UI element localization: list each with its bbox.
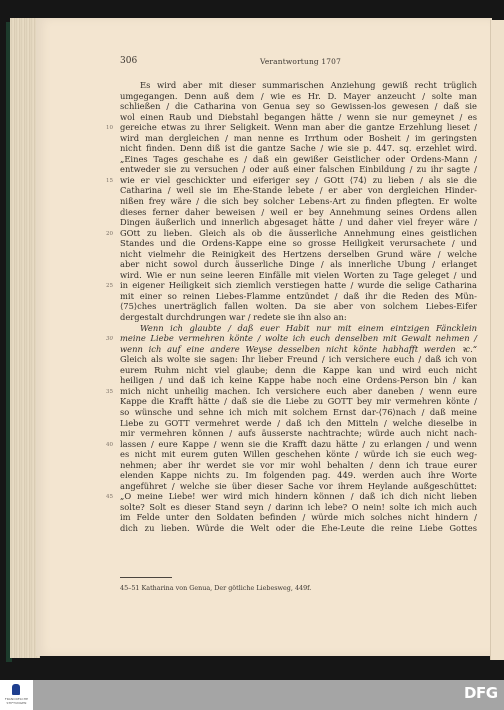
line-text: Catharina / weil sie im Ehe-Stande lebet…	[120, 185, 477, 195]
line-text: wol einen Raub und Diebstahl begangen hä…	[120, 112, 477, 122]
line-text: lassen / eure Kappe / wenn sie die Kraff…	[120, 439, 477, 449]
text-line: Wenn ich glaubte / daß euer Habit nur mi…	[120, 323, 477, 334]
text-line: wird man dergleichen / man nenne es Irrt…	[120, 133, 477, 144]
text-line: Kappe die Krafft hätte / daß sie die Lie…	[120, 396, 477, 407]
line-text: schließen / die Catharina von Genua sey …	[120, 101, 477, 111]
line-text: Dingen äußerlich und innerlich abgesaget…	[120, 217, 477, 227]
text-line: mit einer so reinen Liebes-Flamme entzün…	[120, 291, 477, 302]
text-line: wird. Wie er nun seine leeren Einfälle m…	[120, 270, 477, 281]
line-text: aber nicht sowol durch äusserliche Dinge…	[120, 259, 477, 269]
line-number: 20	[106, 229, 113, 240]
viewer-footer-bar	[0, 680, 504, 710]
text-line: heiligen / und daß ich keine Kappe habe …	[120, 375, 477, 386]
line-text: mir vermehren können / aufs äusserste na…	[120, 428, 477, 438]
line-text: GOtt zu lieben. Gleich als ob die äusser…	[120, 228, 477, 238]
line-text: gereiche etwas zu ihrer Seligkeit. Wenn …	[120, 122, 477, 132]
text-line: lassen / eure Kappe / wenn sie die Kraff…	[120, 439, 477, 450]
text-line: Gleich als wolte sie sagen: Ihr lieber F…	[120, 354, 477, 365]
text-line: eurem Ruhm nicht viel glaube; denn die K…	[120, 365, 477, 376]
text-line: „O meine Liebe! wer wird mich hindern kö…	[120, 491, 477, 502]
text-line: elenden Kappe nichts zu. Im folgenden pa…	[120, 470, 477, 481]
line-text: Liebe zu GOTT vermehret werde / daß ich …	[120, 418, 477, 428]
line-text: Standes und die Ordens-Kappe eine so gro…	[120, 238, 477, 248]
line-text: nicht vielmehr die Reinigkeit des Hertze…	[120, 249, 477, 259]
line-text: meine Liebe vermehren könte / wolte ich …	[120, 333, 477, 343]
line-text: elenden Kappe nichts zu. Im folgenden pa…	[120, 470, 477, 480]
line-text: Wenn ich glaubte / daß euer Habit nur mi…	[140, 323, 477, 333]
text-line: Dingen äußerlich und innerlich abgesaget…	[120, 217, 477, 228]
line-text: nehmen; aber ihr werdet sie vor mir wohl…	[120, 460, 477, 470]
line-text: umgegangen. Denn auß dem / wie es Hr. D.…	[120, 91, 477, 101]
logo-figure-icon	[12, 684, 20, 695]
text-line: Es wird aber mit dieser summarischen Anz…	[120, 80, 477, 91]
text-line: mir vermehren können / aufs äusserste na…	[120, 428, 477, 439]
line-text: mich nicht unheilig machen. Ich versiche…	[120, 386, 477, 396]
text-line: wol einen Raub und Diebstahl begangen hä…	[120, 112, 477, 123]
line-text: ⟨75⟩ches unerträglich fallen wolten. Da …	[120, 301, 477, 311]
text-line: dergestalt durchdrungen war / redete sie…	[120, 312, 477, 323]
text-line: „Eines Tages geschahe es / daß ein gewiß…	[120, 154, 477, 165]
text-line: gereiche etwas zu ihrer Seligkeit. Wenn …	[120, 122, 477, 133]
text-line: meine Liebe vermehren könte / wolte ich …	[120, 333, 477, 344]
text-line: entweder sie zu versuchen / oder auß ein…	[120, 164, 477, 175]
line-text: Gleich als wolte sie sagen: Ihr lieber F…	[120, 354, 477, 364]
line-text: nicht finden. Denn diß ist die gantze Sa…	[120, 143, 477, 153]
text-line: umgegangen. Denn auß dem / wie es Hr. D.…	[120, 91, 477, 102]
page-number: 306	[120, 56, 137, 66]
line-text: dergestalt durchdrungen war / redete sie…	[120, 312, 347, 322]
line-text: im Felde unter den Soldaten befinden / w…	[120, 512, 477, 522]
line-text: entweder sie zu versuchen / oder auß ein…	[120, 164, 477, 174]
franckesche-stiftungen-logo[interactable]: FRANCKESCHE STIFTUNGEN	[0, 680, 33, 710]
body-text: Es wird aber mit dieser summarischen Anz…	[120, 80, 477, 534]
line-text: nißen frey wäre / die sich bey solcher L…	[120, 196, 477, 206]
text-line: GOtt zu lieben. Gleich als ob die äusser…	[120, 228, 477, 239]
text-line: dieses ferner daher beweisen / weil er b…	[120, 207, 477, 218]
text-line: wie er viel geschickter und eiferiger se…	[120, 175, 477, 186]
text-line: nißen frey wäre / die sich bey solcher L…	[120, 196, 477, 207]
text-line: im Felde unter den Soldaten befinden / w…	[120, 512, 477, 523]
footnote-rule	[120, 577, 172, 578]
line-text: heiligen / und daß ich keine Kappe habe …	[120, 375, 477, 385]
text-line: aber nicht sowol durch äusserliche Dinge…	[120, 259, 477, 270]
line-number: 35	[106, 387, 113, 398]
line-text: wie er viel geschickter und eiferiger se…	[120, 175, 477, 185]
line-number: 10	[106, 123, 113, 134]
text-line: Liebe zu GOTT vermehret werde / daß ich …	[120, 418, 477, 429]
line-text: eurem Ruhm nicht viel glaube; denn die K…	[120, 365, 477, 375]
line-text: mit einer so reinen Liebes-Flamme entzün…	[120, 291, 477, 301]
line-number: 30	[106, 334, 113, 345]
text-line: angeführet / welche sie über dieser Sach…	[120, 481, 477, 492]
text-line: ⟨75⟩ches unerträglich fallen wolten. Da …	[120, 301, 477, 312]
line-text: Es wird aber mit dieser summarischen Anz…	[140, 80, 477, 90]
text-line: wenn ich auf eine andere Weyse desselben…	[120, 344, 477, 355]
line-text: wenn ich auf eine andere Weyse desselben…	[120, 344, 477, 354]
line-text: Kappe die Krafft hätte / daß sie die Lie…	[120, 396, 477, 406]
line-text: angeführet / welche sie über dieser Sach…	[120, 481, 477, 491]
line-text: „O meine Liebe! wer wird mich hindern kö…	[120, 491, 477, 501]
line-text: solte? Solt es dieser Stand seyn / darin…	[120, 502, 477, 512]
text-line: dich zu lieben. Würde die Welt oder die …	[120, 523, 477, 534]
line-text: es nicht mit eurem guten Willen geschehe…	[120, 449, 477, 459]
line-text: so wünsche und sehne ich mich mit solche…	[120, 407, 477, 417]
dfg-logo[interactable]: DFG	[464, 684, 498, 702]
line-text: dieses ferner daher beweisen / weil er b…	[120, 207, 477, 217]
line-number: 15	[106, 176, 113, 187]
line-text: dich zu lieben. Würde die Welt oder die …	[120, 523, 477, 533]
line-text: wird man dergleichen / man nenne es Irrt…	[120, 133, 477, 143]
text-line: in eigener Heiligkeit sich ziemlich vers…	[120, 280, 477, 291]
facing-page-edge	[490, 20, 504, 660]
text-line: nehmen; aber ihr werdet sie vor mir wohl…	[120, 460, 477, 471]
text-line: solte? Solt es dieser Stand seyn / darin…	[120, 502, 477, 513]
line-text: „Eines Tages geschahe es / daß ein gewiß…	[120, 154, 477, 164]
text-line: nicht vielmehr die Reinigkeit des Hertze…	[120, 249, 477, 260]
running-title: Verantwortung 1707	[260, 57, 341, 66]
text-line: nicht finden. Denn diß ist die gantze Sa…	[120, 143, 477, 154]
logo-caption: FRANCKESCHE STIFTUNGEN	[2, 698, 31, 705]
line-text: wird. Wie er nun seine leeren Einfälle m…	[120, 270, 477, 280]
line-text: in eigener Heiligkeit sich ziemlich vers…	[120, 280, 477, 290]
line-number: 25	[106, 281, 113, 292]
text-line: es nicht mit eurem guten Willen geschehe…	[120, 449, 477, 460]
line-number: 45	[106, 492, 113, 503]
footnote: 45–51 Katharina von Genua, Der götliche …	[120, 584, 311, 592]
text-line: schließen / die Catharina von Genua sey …	[120, 101, 477, 112]
text-line: Catharina / weil sie im Ehe-Stande lebet…	[120, 185, 477, 196]
text-line: mich nicht unheilig machen. Ich versiche…	[120, 386, 477, 397]
text-line: Standes und die Ordens-Kappe eine so gro…	[120, 238, 477, 249]
text-line: so wünsche und sehne ich mich mit solche…	[120, 407, 477, 418]
line-number: 40	[106, 440, 113, 451]
